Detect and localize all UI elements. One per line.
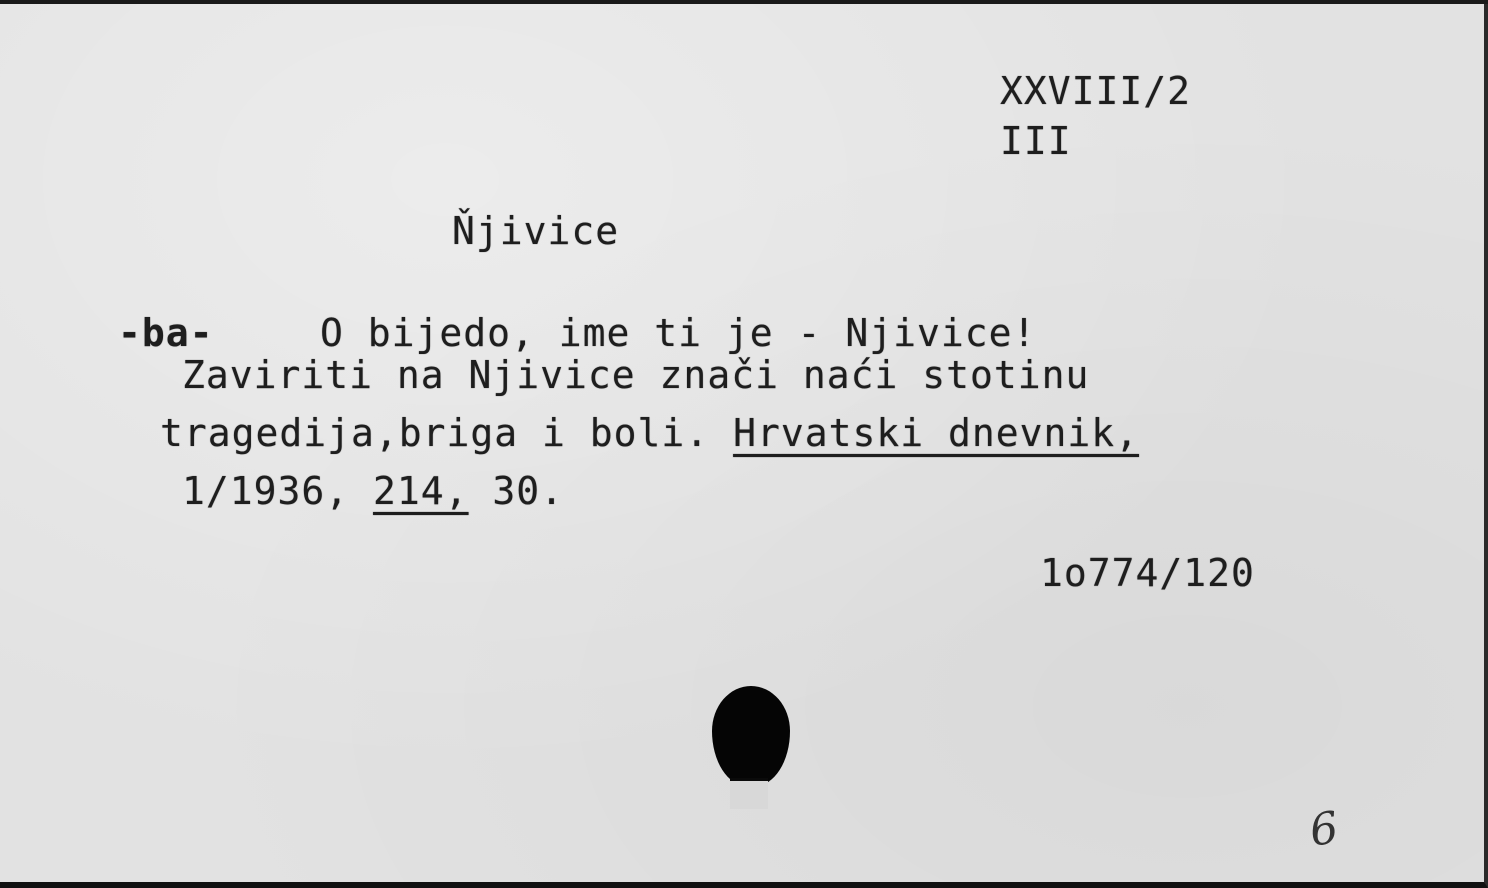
index-card: XXVIII/2 III Ňjivice -ba- O bijedo, ime … xyxy=(0,4,1488,888)
handwritten-mark: 6 xyxy=(1307,802,1342,856)
accession-number: 1o774/120 xyxy=(1040,554,1255,592)
quote-line-1: O bijedo, ime ti je - Njivice! xyxy=(320,314,1036,352)
citation-year: 1/1936, xyxy=(182,469,373,513)
punch-hole-notch xyxy=(730,778,768,809)
call-number-line-2: III xyxy=(1000,122,1072,160)
source-title: Hrvatski dnevnik, xyxy=(733,411,1139,455)
citation-issue: 214, xyxy=(373,469,469,513)
citation-line: 1/1936, 214, 30. xyxy=(182,472,564,510)
quote-line-3: tragedija,briga i boli. Hrvatski dnevnik… xyxy=(160,414,1139,452)
punch-hole xyxy=(712,686,790,786)
author-siglum: -ba- xyxy=(118,314,214,352)
entry-heading: Ňjivice xyxy=(452,212,619,250)
quote-line-3-text: tragedija,briga i boli. xyxy=(160,411,733,455)
quote-line-2: Zaviriti na Njivice znači naći stotinu xyxy=(182,356,1089,394)
citation-page: 30. xyxy=(469,469,565,513)
call-number-line-1: XXVIII/2 xyxy=(1000,72,1191,110)
